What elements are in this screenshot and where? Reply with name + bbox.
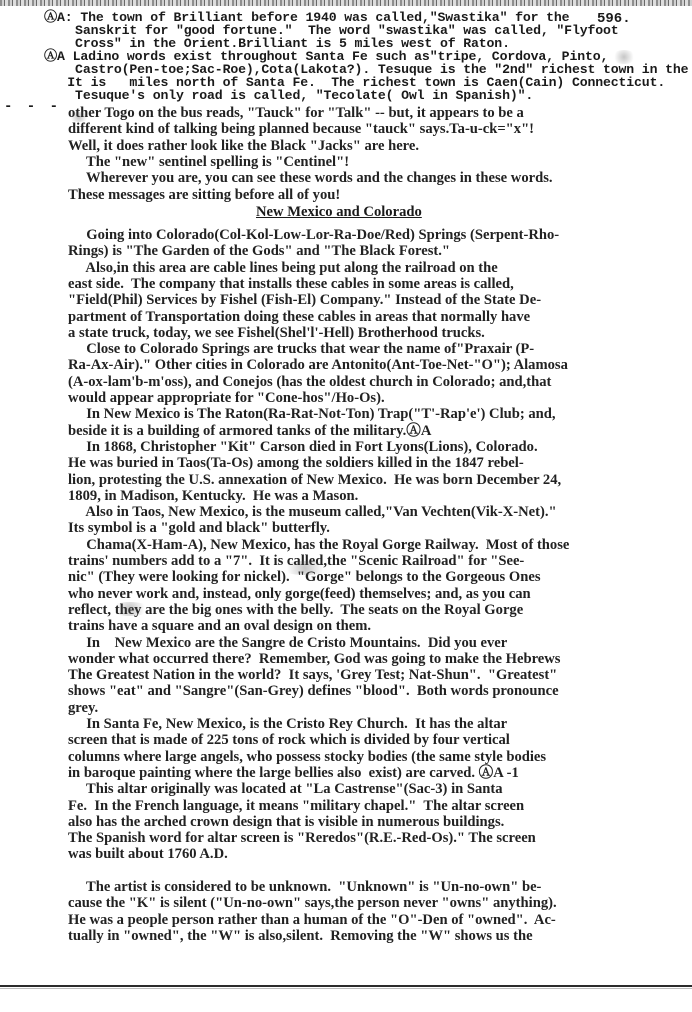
- text-line: Also in Taos, New Mexico, is the museum …: [68, 504, 557, 520]
- text-line: In 1868, Christopher "Kit" Carson died i…: [68, 439, 538, 455]
- text-line: Ra-Ax-Air)." Other cities in Colorado ar…: [68, 357, 568, 373]
- text-line: cause the "K" is silent ("Un-no-own" say…: [68, 895, 557, 911]
- text-line: in baroque painting where the large bell…: [68, 765, 519, 781]
- text-line: The "new" sentinel spelling is "Centinel…: [68, 154, 349, 170]
- text-line: He was buried in Taos(Ta-Os) among the s…: [68, 455, 524, 471]
- text-line: Chama(X-Ham-A), New Mexico, has the Roya…: [68, 537, 569, 553]
- scan-noise-band: [0, 0, 692, 6]
- text-line: who never work and, instead, only gorge(…: [68, 586, 531, 602]
- scan-smudge: [280, 561, 330, 575]
- page-bottom-rule-shadow: [0, 988, 692, 989]
- text-line: Wherever you are, you can see these word…: [68, 170, 553, 186]
- text-line: The artist is considered to be unknown. …: [68, 879, 541, 895]
- text-line: columns where large angels, who possess …: [68, 749, 546, 765]
- text-line: was built about 1760 A.D.: [68, 846, 228, 862]
- text-line: This altar originally was located at "La…: [68, 781, 503, 797]
- text-line: east side. The company that installs the…: [68, 276, 514, 292]
- text-line: trains have a square and an oval design …: [68, 618, 371, 634]
- text-line: would appear appropriate for "Cone-hos"/…: [68, 390, 385, 406]
- text-line: also has the arched crown design that is…: [68, 814, 504, 830]
- text-line: In Santa Fe, New Mexico, is the Cristo R…: [68, 716, 507, 732]
- text-line: "Field(Phil) Services by Fishel (Fish-El…: [68, 292, 541, 308]
- text-line: The Spanish word for altar screen is "Re…: [68, 830, 536, 846]
- text-line: In New Mexico is The Raton(Ra-Rat-Not-To…: [68, 406, 556, 422]
- text-line: wonder what occurred there? Remember, Go…: [68, 651, 561, 667]
- text-line: other Togo on the bus reads, "Tauck" for…: [68, 105, 524, 121]
- text-line: Close to Colorado Springs are trucks tha…: [68, 341, 534, 357]
- text-line: 1809, in Madison, Kentucky. He was a Mas…: [68, 488, 358, 504]
- text-line: partment of Transportation doing these c…: [68, 309, 530, 325]
- text-line: The Greatest Nation in the world? It say…: [68, 667, 557, 683]
- scan-smudge: [612, 50, 636, 64]
- text-line: (A-ox-lam'b-m'oss), and Conejos (has the…: [68, 374, 551, 390]
- text-line: tually in "owned", the "W" is also,silen…: [68, 928, 533, 944]
- text-line: a state truck, today, we see Fishel(Shel…: [68, 325, 485, 341]
- text-line: beside it is a building of armored tanks…: [68, 423, 431, 439]
- text-line: Well, it does rather look like the Black…: [68, 138, 419, 154]
- typewriter-notes-block: ⒶA: The town of Brilliant before 1940 wa…: [44, 11, 692, 102]
- scan-smudge: [110, 602, 150, 616]
- text-line: shows "eat" and "Sangre"(San-Grey) defin…: [68, 683, 559, 699]
- text-line: These messages are sitting before all of…: [68, 187, 340, 203]
- text-line: Going into Colorado(Col-Kol-Low-Lor-Ra-D…: [68, 227, 559, 243]
- text-line: Its symbol is a "gold and black" butterf…: [68, 520, 330, 536]
- text-line: lion, protesting the U.S. annexation of …: [68, 472, 561, 488]
- text-line: In New Mexico are the Sangre de Cristo M…: [68, 635, 507, 651]
- scan-smudge: [68, 112, 90, 122]
- section-heading: New Mexico and Colorado: [256, 204, 422, 221]
- text-line: grey.: [68, 700, 98, 716]
- text-line: He was a people person rather than a hum…: [68, 912, 556, 928]
- text-line: different kind of talking being planned …: [68, 121, 534, 137]
- text-line: Rings) is "The Garden of the Gods" and "…: [68, 243, 450, 259]
- text-line: screen that is made of 225 tons of rock …: [68, 732, 510, 748]
- page-bottom-rule: [0, 985, 692, 987]
- text-line: Also,in this area are cable lines being …: [68, 260, 498, 276]
- text-line: Fe. In the French language, it means "mi…: [68, 798, 524, 814]
- scanned-document-page: 596. - - - ⒶA: The town of Brilliant bef…: [0, 0, 692, 1012]
